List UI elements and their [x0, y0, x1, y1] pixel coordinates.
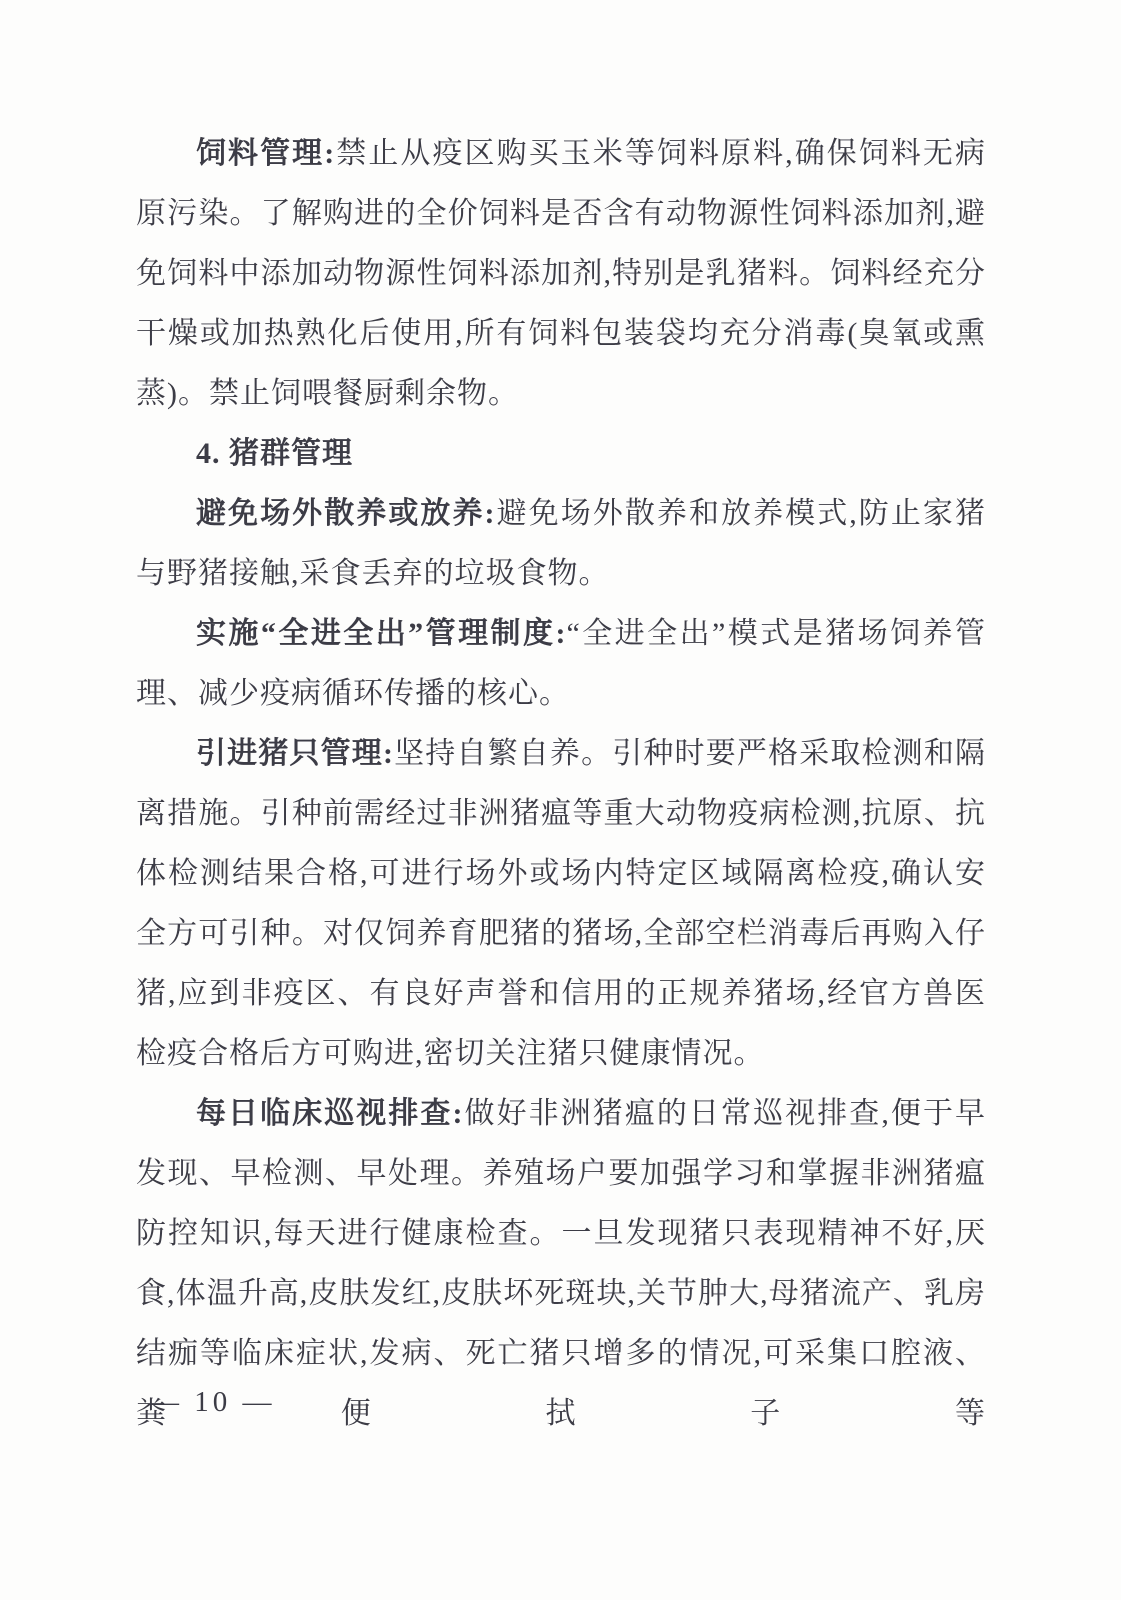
paragraph-lead-avoid-free-range: 避免场外散养或放养:	[196, 497, 496, 530]
paragraph-lead-all-in-all-out: 实施“全进全出”管理制度:	[196, 617, 566, 650]
section-heading-herd-management: 4. 猪群管理	[136, 424, 986, 484]
paragraph-text-pig-introduction: 坚持自繁自养。引种时要严格采取检测和隔离措施。引种前需经过非洲猪瘟等重大动物疫病…	[136, 737, 986, 1070]
paragraph-feed-management: 饲料管理:禁止从疫区购买玉米等饲料原料,确保饲料无病原污染。了解购进的全价饲料是…	[136, 124, 986, 424]
paragraph-lead-feed-management: 饲料管理:	[196, 137, 335, 170]
paragraph-text-feed-management: 禁止从疫区购买玉米等饲料原料,确保饲料无病原污染。了解购进的全价饲料是否含有动物…	[136, 137, 986, 410]
document-body: 饲料管理:禁止从疫区购买玉米等饲料原料,确保饲料无病原污染。了解购进的全价饲料是…	[136, 124, 986, 1444]
paragraph-lead-daily-clinical-inspection: 每日临床巡视排查:	[196, 1097, 463, 1130]
paragraph-pig-introduction: 引进猪只管理:坚持自繁自养。引种时要严格采取检测和隔离措施。引种前需经过非洲猪瘟…	[136, 724, 986, 1084]
paragraph-avoid-free-range: 避免场外散养或放养:避免场外散养和放养模式,防止家猪与野猪接触,采食丢弃的垃圾食…	[136, 484, 986, 604]
paragraph-lead-pig-introduction: 引进猪只管理:	[196, 737, 394, 770]
paragraph-all-in-all-out: 实施“全进全出”管理制度:“全进全出”模式是猪场饲养管理、减少疫病循环传播的核心…	[136, 604, 986, 724]
page-number: — 10 —	[150, 1372, 276, 1432]
document-page: 饲料管理:禁止从疫区购买玉米等饲料原料,确保饲料无病原污染。了解购进的全价饲料是…	[0, 0, 1121, 1600]
